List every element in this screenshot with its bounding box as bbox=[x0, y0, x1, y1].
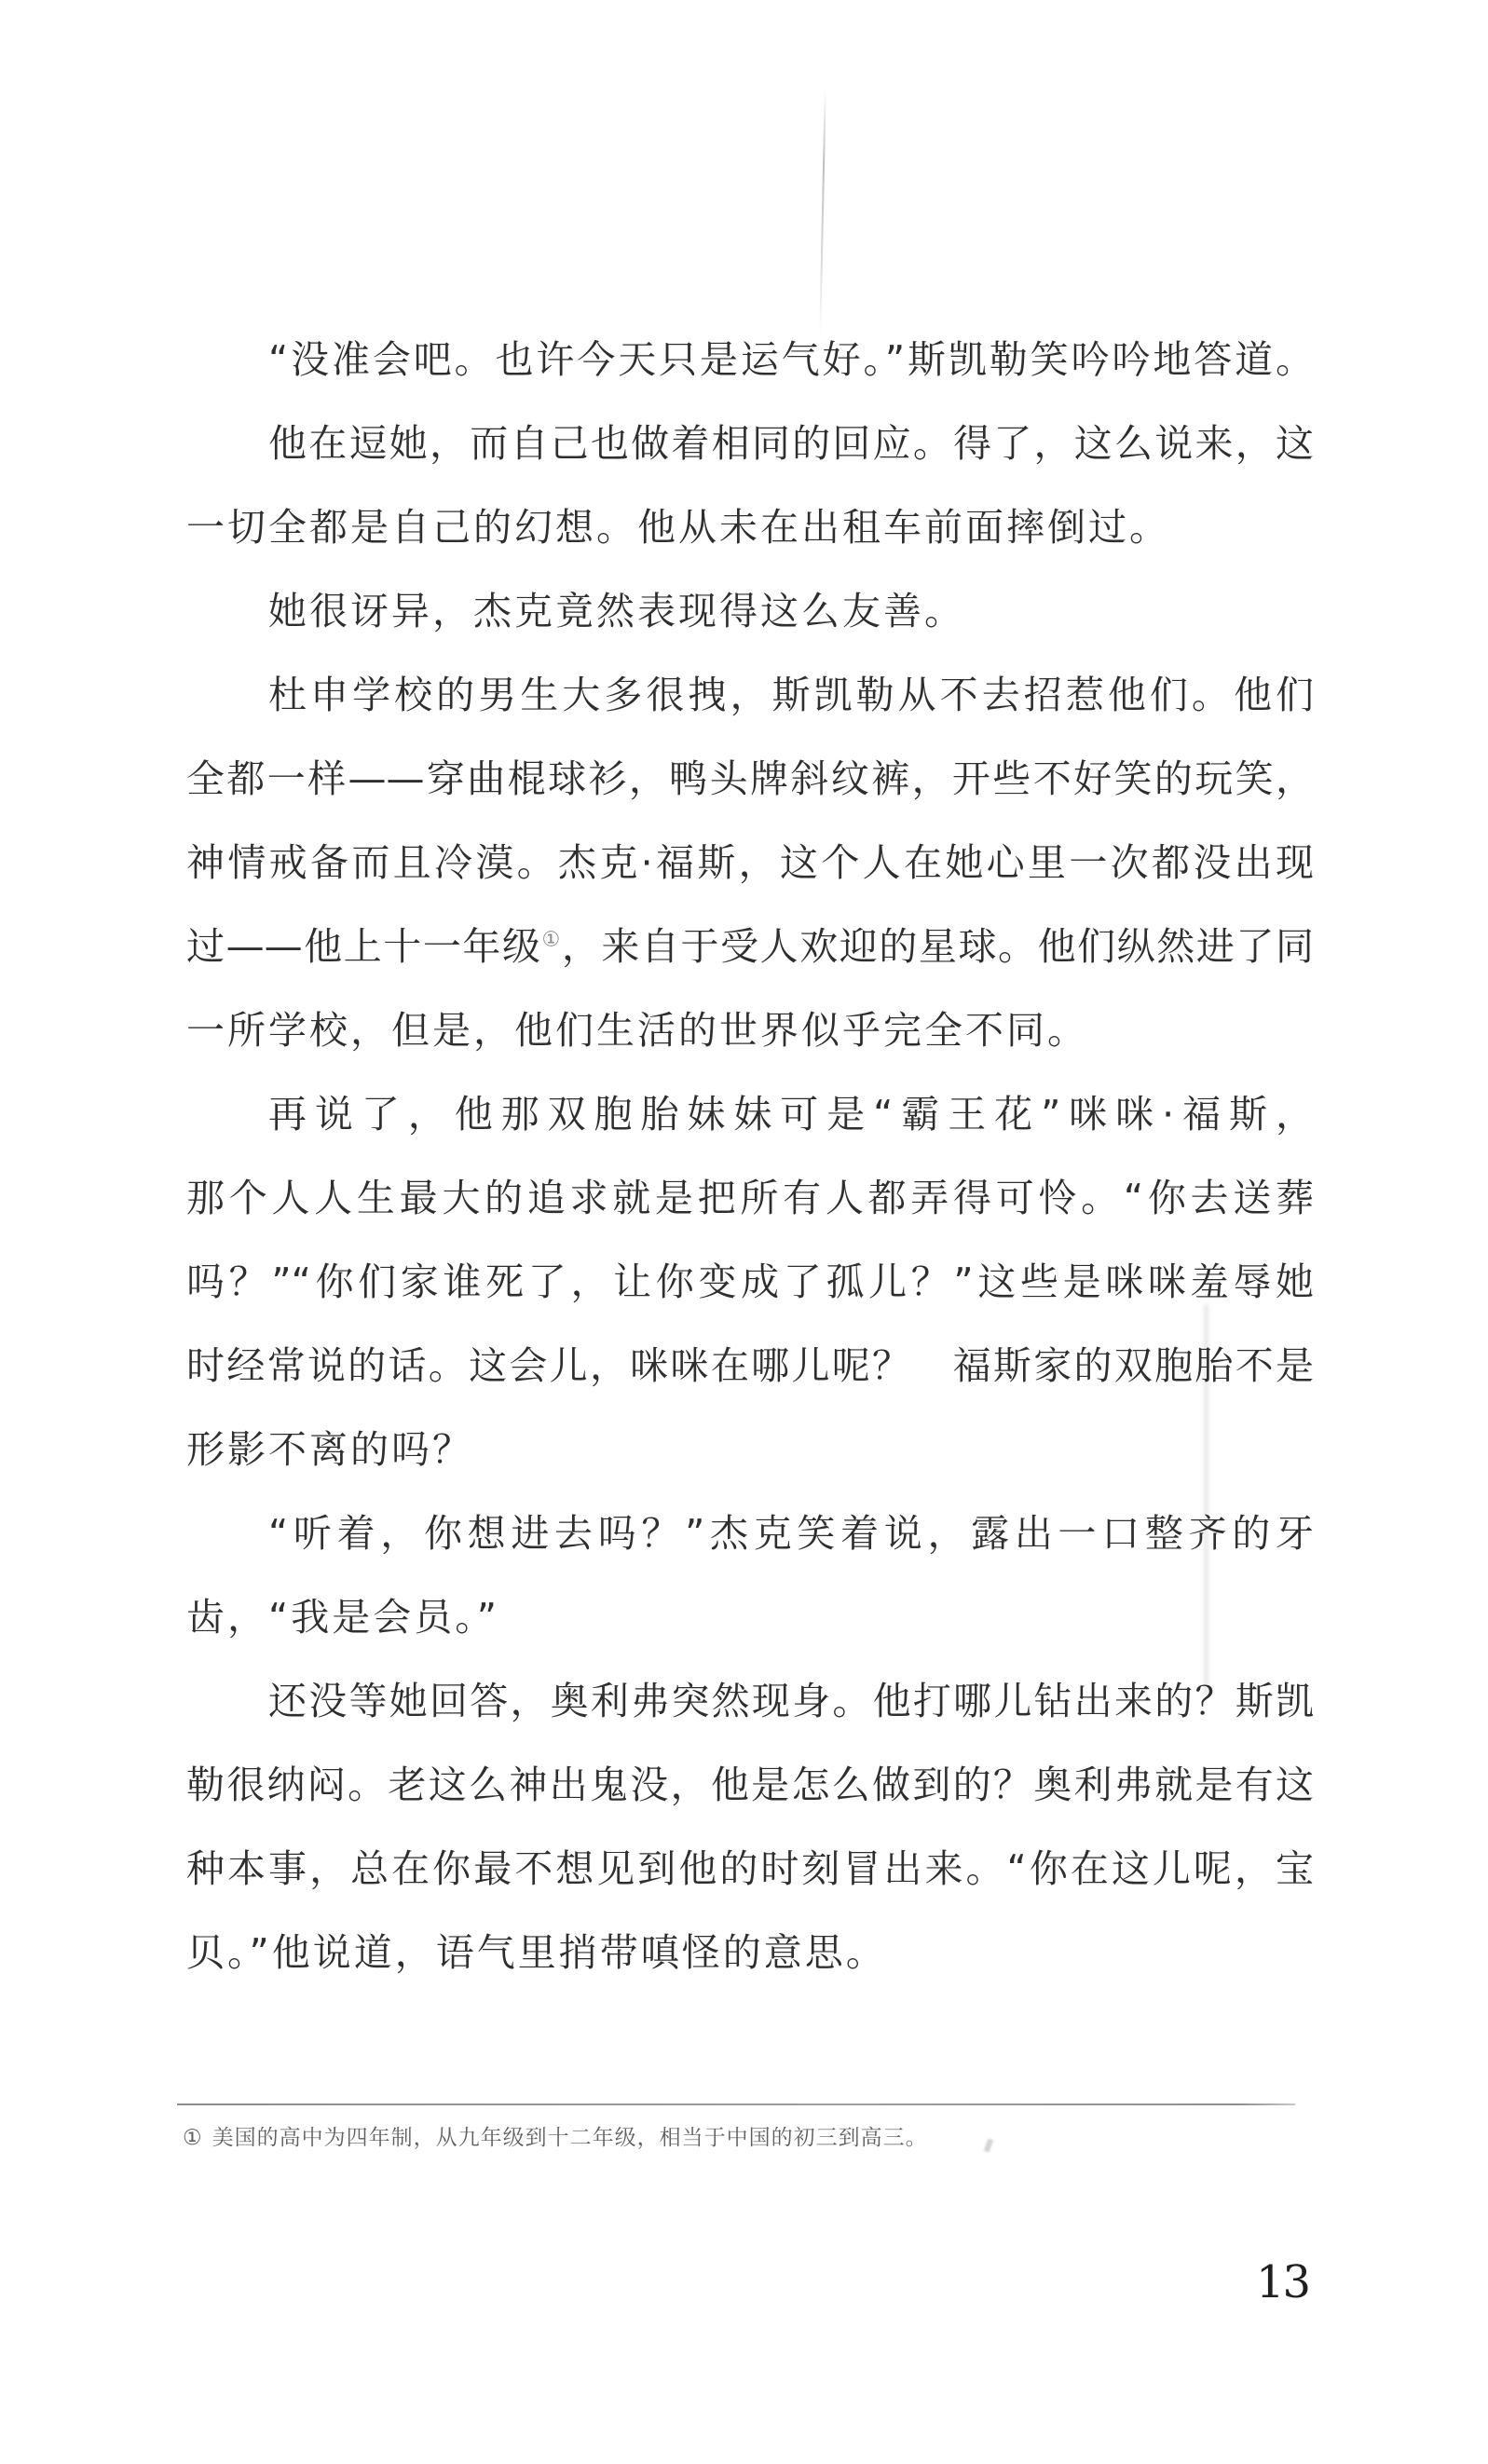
text-line: 时经常说的话。这会儿，咪咪在哪儿呢？ 福斯家的双胞胎不是 bbox=[186, 1324, 1314, 1408]
text-line: 一所学校，但是，他们生活的世界似乎完全不同。 bbox=[186, 988, 1314, 1072]
text-line: “没准会吧。也许今天只是运气好。”斯凯勒笑吟吟地答道。 bbox=[186, 318, 1314, 402]
footnote: ①美国的高中为四年制，从九年级到十二年级，相当于中国的初三到高三。 bbox=[183, 2124, 1338, 2152]
text-line: 贝。”他说道，语气里捎带嗔怪的意思。 bbox=[186, 1911, 1314, 1994]
text-line: 齿，“我是会员。” bbox=[186, 1575, 1314, 1659]
text-line: 种本事，总在你最不想见到他的时刻冒出来。“你在这儿呢，宝 bbox=[186, 1827, 1314, 1911]
text-line: 杜申学校的男生大多很拽，斯凯勒从不去招惹他们。他们 bbox=[186, 653, 1314, 737]
text-line: 那个人人生最大的追求就是把所有人都弄得可怜。“你去送葬 bbox=[186, 1156, 1314, 1240]
page-number: 13 bbox=[1256, 2256, 1309, 2308]
text-line: 全都一样——穿曲棍球衫，鸭头牌斜纹裤，开些不好笑的玩笑， bbox=[186, 737, 1314, 821]
text-line: 她很讶异，杰克竟然表现得这么友善。 bbox=[186, 569, 1314, 653]
text-line: 勒很纳闷。老这么神出鬼没，他是怎么做到的？奥利弗就是有这 bbox=[186, 1743, 1314, 1827]
text-line: 他在逗她，而自己也做着相同的回应。得了，这么说来，这 bbox=[186, 402, 1314, 485]
text-line: 吗？”“你们家谁死了，让你变成了孤儿？”这些是咪咪羞辱她 bbox=[186, 1240, 1314, 1324]
footnote-ref-mark: ① bbox=[542, 928, 562, 951]
text-line: 神情戒备而且冷漠。杰克·福斯，这个人在她心里一次都没出现 bbox=[186, 821, 1314, 905]
text-line: 还没等她回答，奥利弗突然现身。他打哪儿钻出来的？斯凯 bbox=[186, 1659, 1314, 1743]
text-line: 一切全都是自己的幻想。他从未在出租车前面摔倒过。 bbox=[186, 485, 1314, 569]
scan-artifact-line bbox=[819, 88, 826, 335]
book-page: “没准会吧。也许今天只是运气好。”斯凯勒笑吟吟地答道。他在逗她，而自己也做着相同… bbox=[0, 0, 1488, 2464]
text-line: 再说了，他那双胞胎妹妹可是“霸王花”咪咪·福斯， bbox=[186, 1072, 1314, 1156]
footnote-text: 美国的高中为四年制，从九年级到十二年级，相当于中国的初三到高三。 bbox=[212, 2126, 928, 2150]
text-line: 过——他上十一年级①，来自于受人欢迎的星球。他们纵然进了同 bbox=[186, 905, 1314, 988]
text-line: “听着，你想进去吗？”杰克笑着说，露出一口整齐的牙 bbox=[186, 1491, 1314, 1575]
body-text: “没准会吧。也许今天只是运气好。”斯凯勒笑吟吟地答道。他在逗她，而自己也做着相同… bbox=[186, 318, 1314, 1994]
text-line: 形影不离的吗？ bbox=[186, 1408, 1314, 1491]
footnote-divider bbox=[177, 2103, 1295, 2105]
footnote-marker: ① bbox=[183, 2126, 203, 2150]
